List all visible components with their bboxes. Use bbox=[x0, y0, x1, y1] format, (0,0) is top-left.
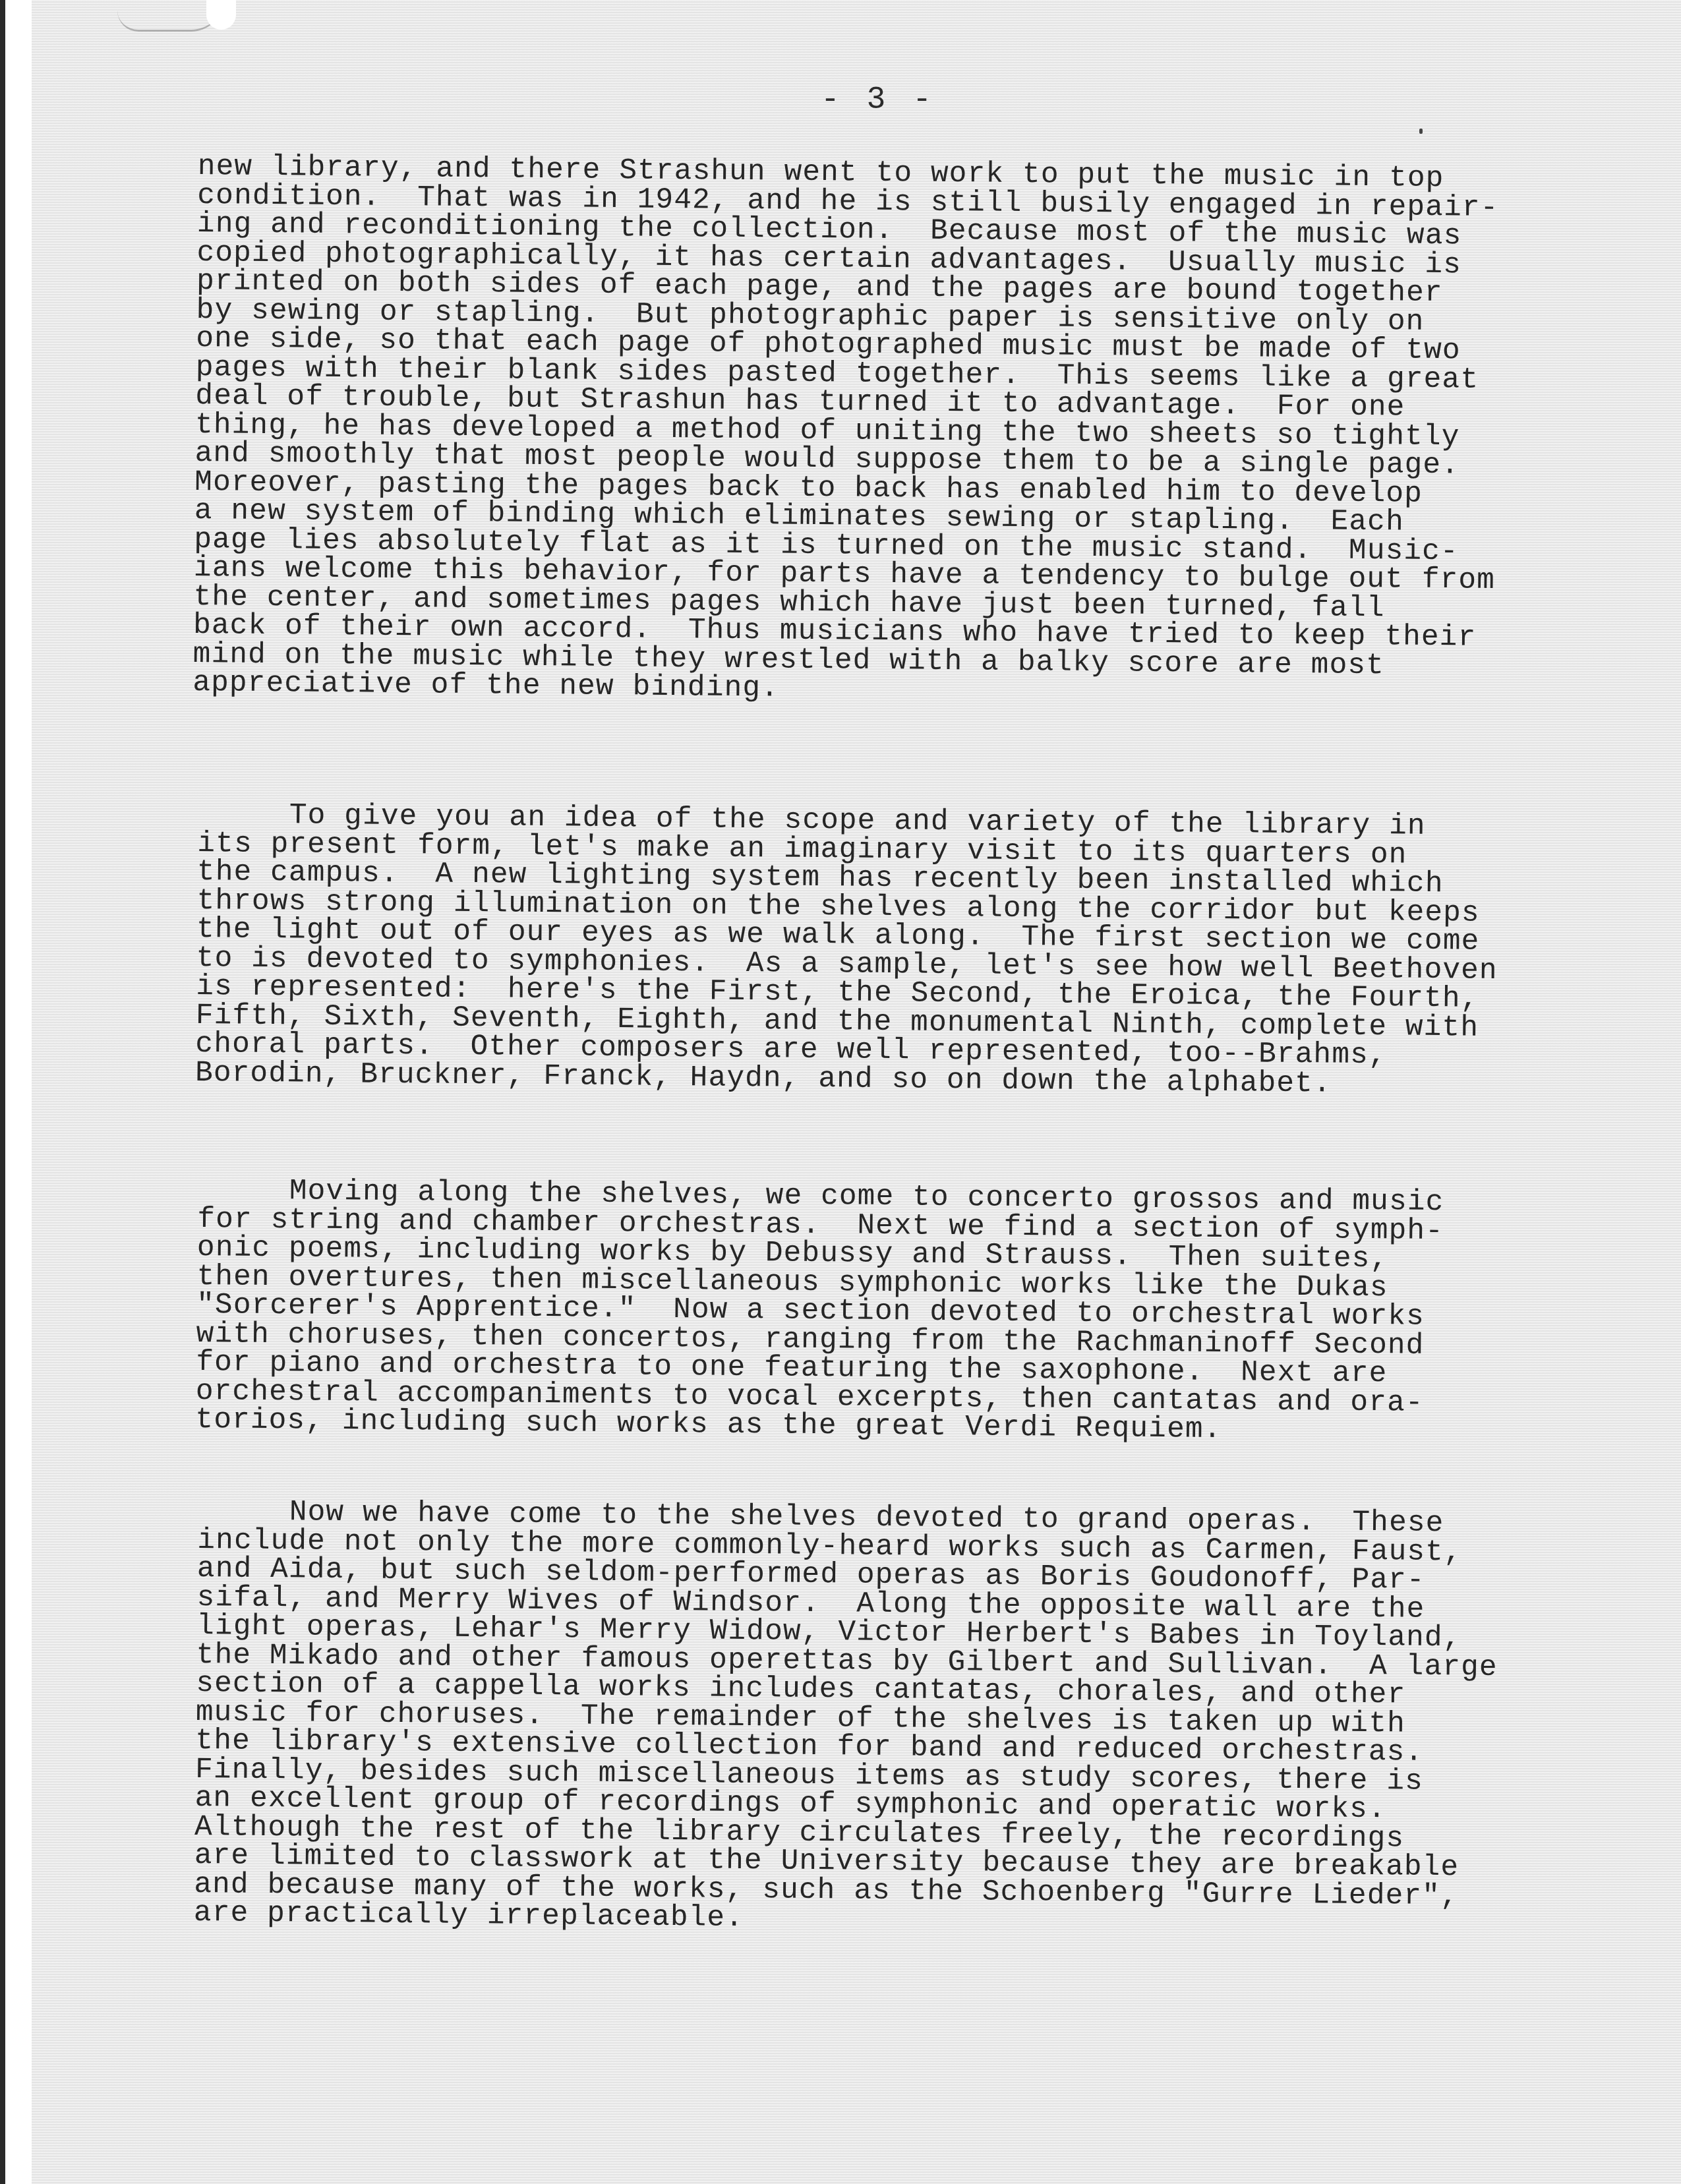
scan-margin bbox=[5, 0, 32, 2184]
paragraph-3: Moving along the shelves, we come to con… bbox=[195, 1177, 1635, 1448]
page-number: - 3 - bbox=[821, 82, 935, 118]
paragraph-1: new library, and there Strashun went to … bbox=[192, 153, 1635, 711]
stray-ink-dot bbox=[1419, 129, 1423, 134]
corner-blot bbox=[206, 0, 236, 30]
paragraph-4: Now we have come to the shelves devoted … bbox=[194, 1498, 1635, 1941]
paragraph-2: To give you an idea of the scope and var… bbox=[195, 801, 1635, 1102]
scan-edge-shadow bbox=[0, 0, 5, 2184]
